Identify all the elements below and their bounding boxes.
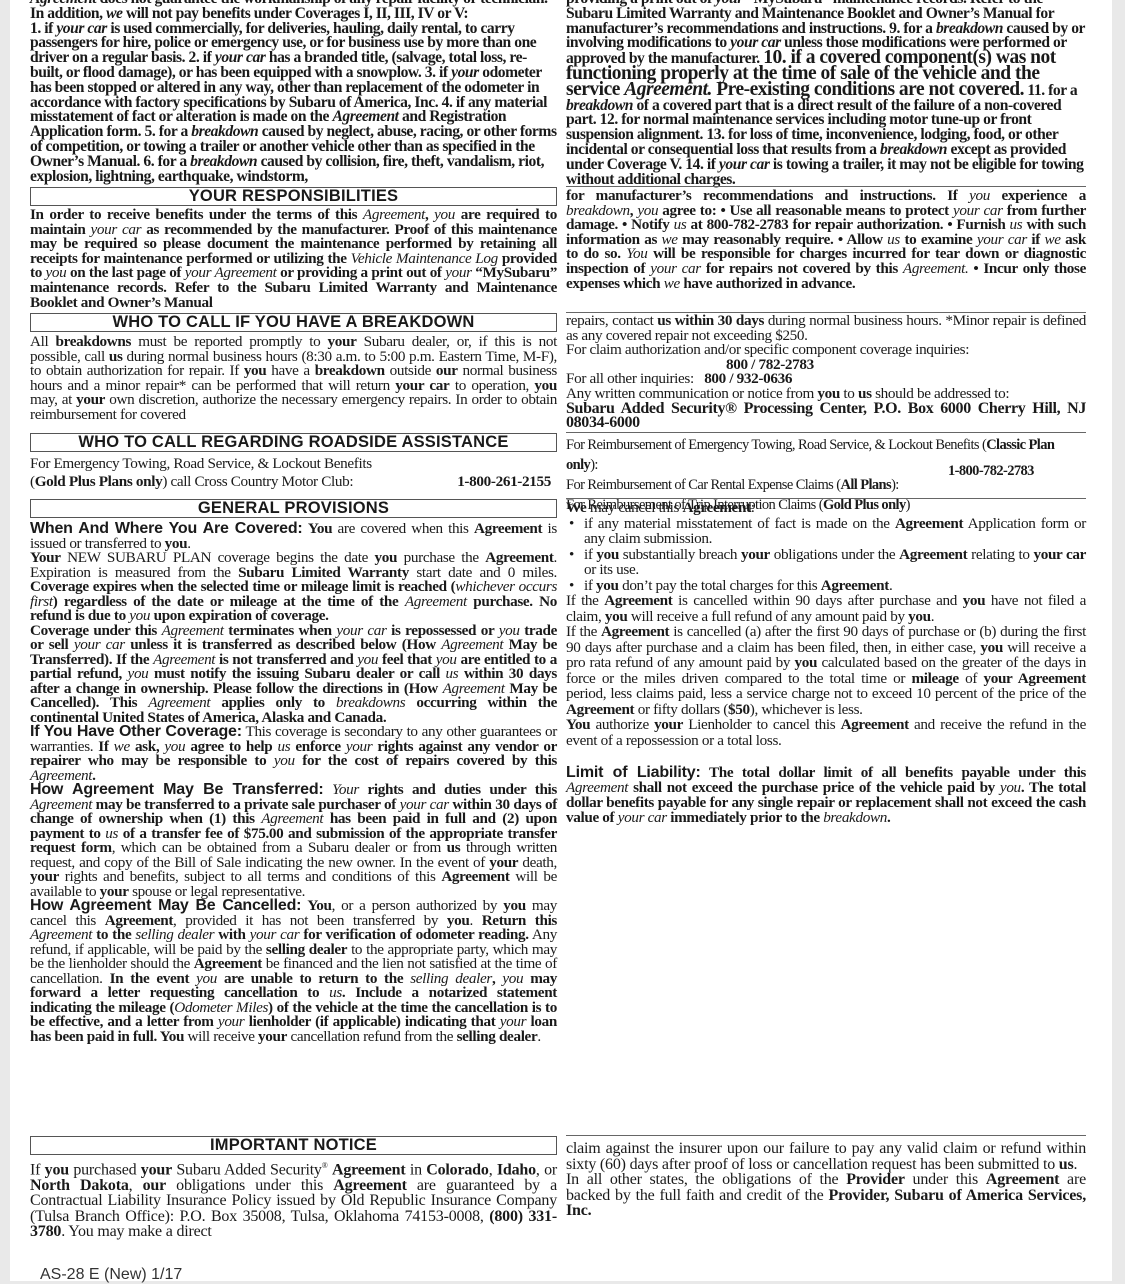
we-may-cancel: We may cancel this Agreement:: [566, 500, 1086, 516]
exclusions-right: providing a print out of your “MySubaru”…: [566, 0, 1086, 187]
important-notice-right-text: claim against the insurer upon our failu…: [566, 1141, 1086, 1219]
responsibilities-left-text: In order to receive benefits under the t…: [30, 208, 557, 310]
general-provisions-heading: GENERAL PROVISIONS: [30, 499, 557, 518]
form-code: AS-28 E (New) 1/17: [40, 1266, 182, 1281]
breakdown-heading: WHO TO CALL IF YOU HAVE A BREAKDOWN: [30, 313, 557, 332]
responsibilities-heading: YOUR RESPONSIBILITIES: [30, 187, 557, 206]
divider: [566, 432, 1086, 433]
important-notice-left-text: If you purchased your Subaru Added Secur…: [30, 1158, 557, 1240]
how-transferred: How Agreement May Be Transferred: Your r…: [30, 783, 557, 899]
responsibilities-section: YOUR RESPONSIBILITIES In order to receiv…: [30, 187, 557, 310]
roadside-left-text: For Emergency Towing, Road Service, & Lo…: [30, 455, 557, 491]
cancel-reasons-list: if any material misstatement of fact is …: [566, 516, 1086, 594]
breakdown-section: WHO TO CALL IF YOU HAVE A BREAKDOWN All …: [30, 313, 557, 423]
provider-name: Provider, Subaru of America Services, In…: [566, 1187, 1086, 1220]
divider: [566, 1135, 1086, 1136]
important-notice-section: IMPORTANT NOTICE If you purchased your S…: [30, 1136, 557, 1240]
insurer-phone: (800) 331-3780: [30, 1208, 557, 1241]
other-coverage: If You Have Other Coverage: This coverag…: [30, 725, 557, 783]
general-provisions-section: GENERAL PROVISIONS When And Where You Ar…: [30, 499, 557, 1044]
roadside-benefits-line: For Emergency Towing, Road Service, & Lo…: [30, 455, 557, 473]
cancel-reason: if any material misstatement of fact is …: [584, 516, 1086, 547]
how-cancelled: How Agreement May Be Cancelled: You, or …: [30, 899, 557, 1044]
roadside-heading: WHO TO CALL REGARDING ROADSIDE ASSISTANC…: [30, 433, 557, 452]
claim-authorization-label: For claim authorization and/or specific …: [566, 343, 1086, 358]
limit-of-liability: Limit of Liability: The total dollar lim…: [566, 765, 1086, 825]
cancel-reason: if you don’t pay the total charges for t…: [584, 578, 1086, 594]
processing-center-address: Subaru Added Security® Processing Center…: [566, 402, 1086, 431]
roadside-phone: 1-800-261-2155: [457, 473, 551, 491]
roadside-section: WHO TO CALL REGARDING ROADSIDE ASSISTANC…: [30, 433, 557, 491]
important-notice-heading: IMPORTANT NOTICE: [30, 1136, 557, 1155]
general-provisions-left-text: When And Where You Are Covered: You are …: [30, 522, 557, 1044]
responsibilities-right-text: for manufacturer’s recommendations and i…: [566, 189, 1086, 291]
cancel-reason: if you substantially breach your obligat…: [584, 547, 1086, 578]
when-where-covered: When And Where You Are Covered: You are …: [30, 522, 557, 551]
exclusions-left: Agreement does not guarantee the workman…: [30, 0, 557, 184]
breakdown-left-text: All breakdowns must be reported promptly…: [30, 335, 557, 423]
exclusions-list-left: 1. if your car is used commercially, for…: [30, 22, 557, 185]
reimbursement-phone: 1-800-782-2783: [948, 461, 1034, 481]
exclusions-list-right: Subaru Limited Warranty and Maintenance …: [566, 7, 1086, 188]
general-provisions-right-text: We may cancel this Agreement: if any mat…: [566, 500, 1086, 825]
breakdown-right-text: repairs, contact us within 30 days durin…: [566, 314, 1086, 431]
